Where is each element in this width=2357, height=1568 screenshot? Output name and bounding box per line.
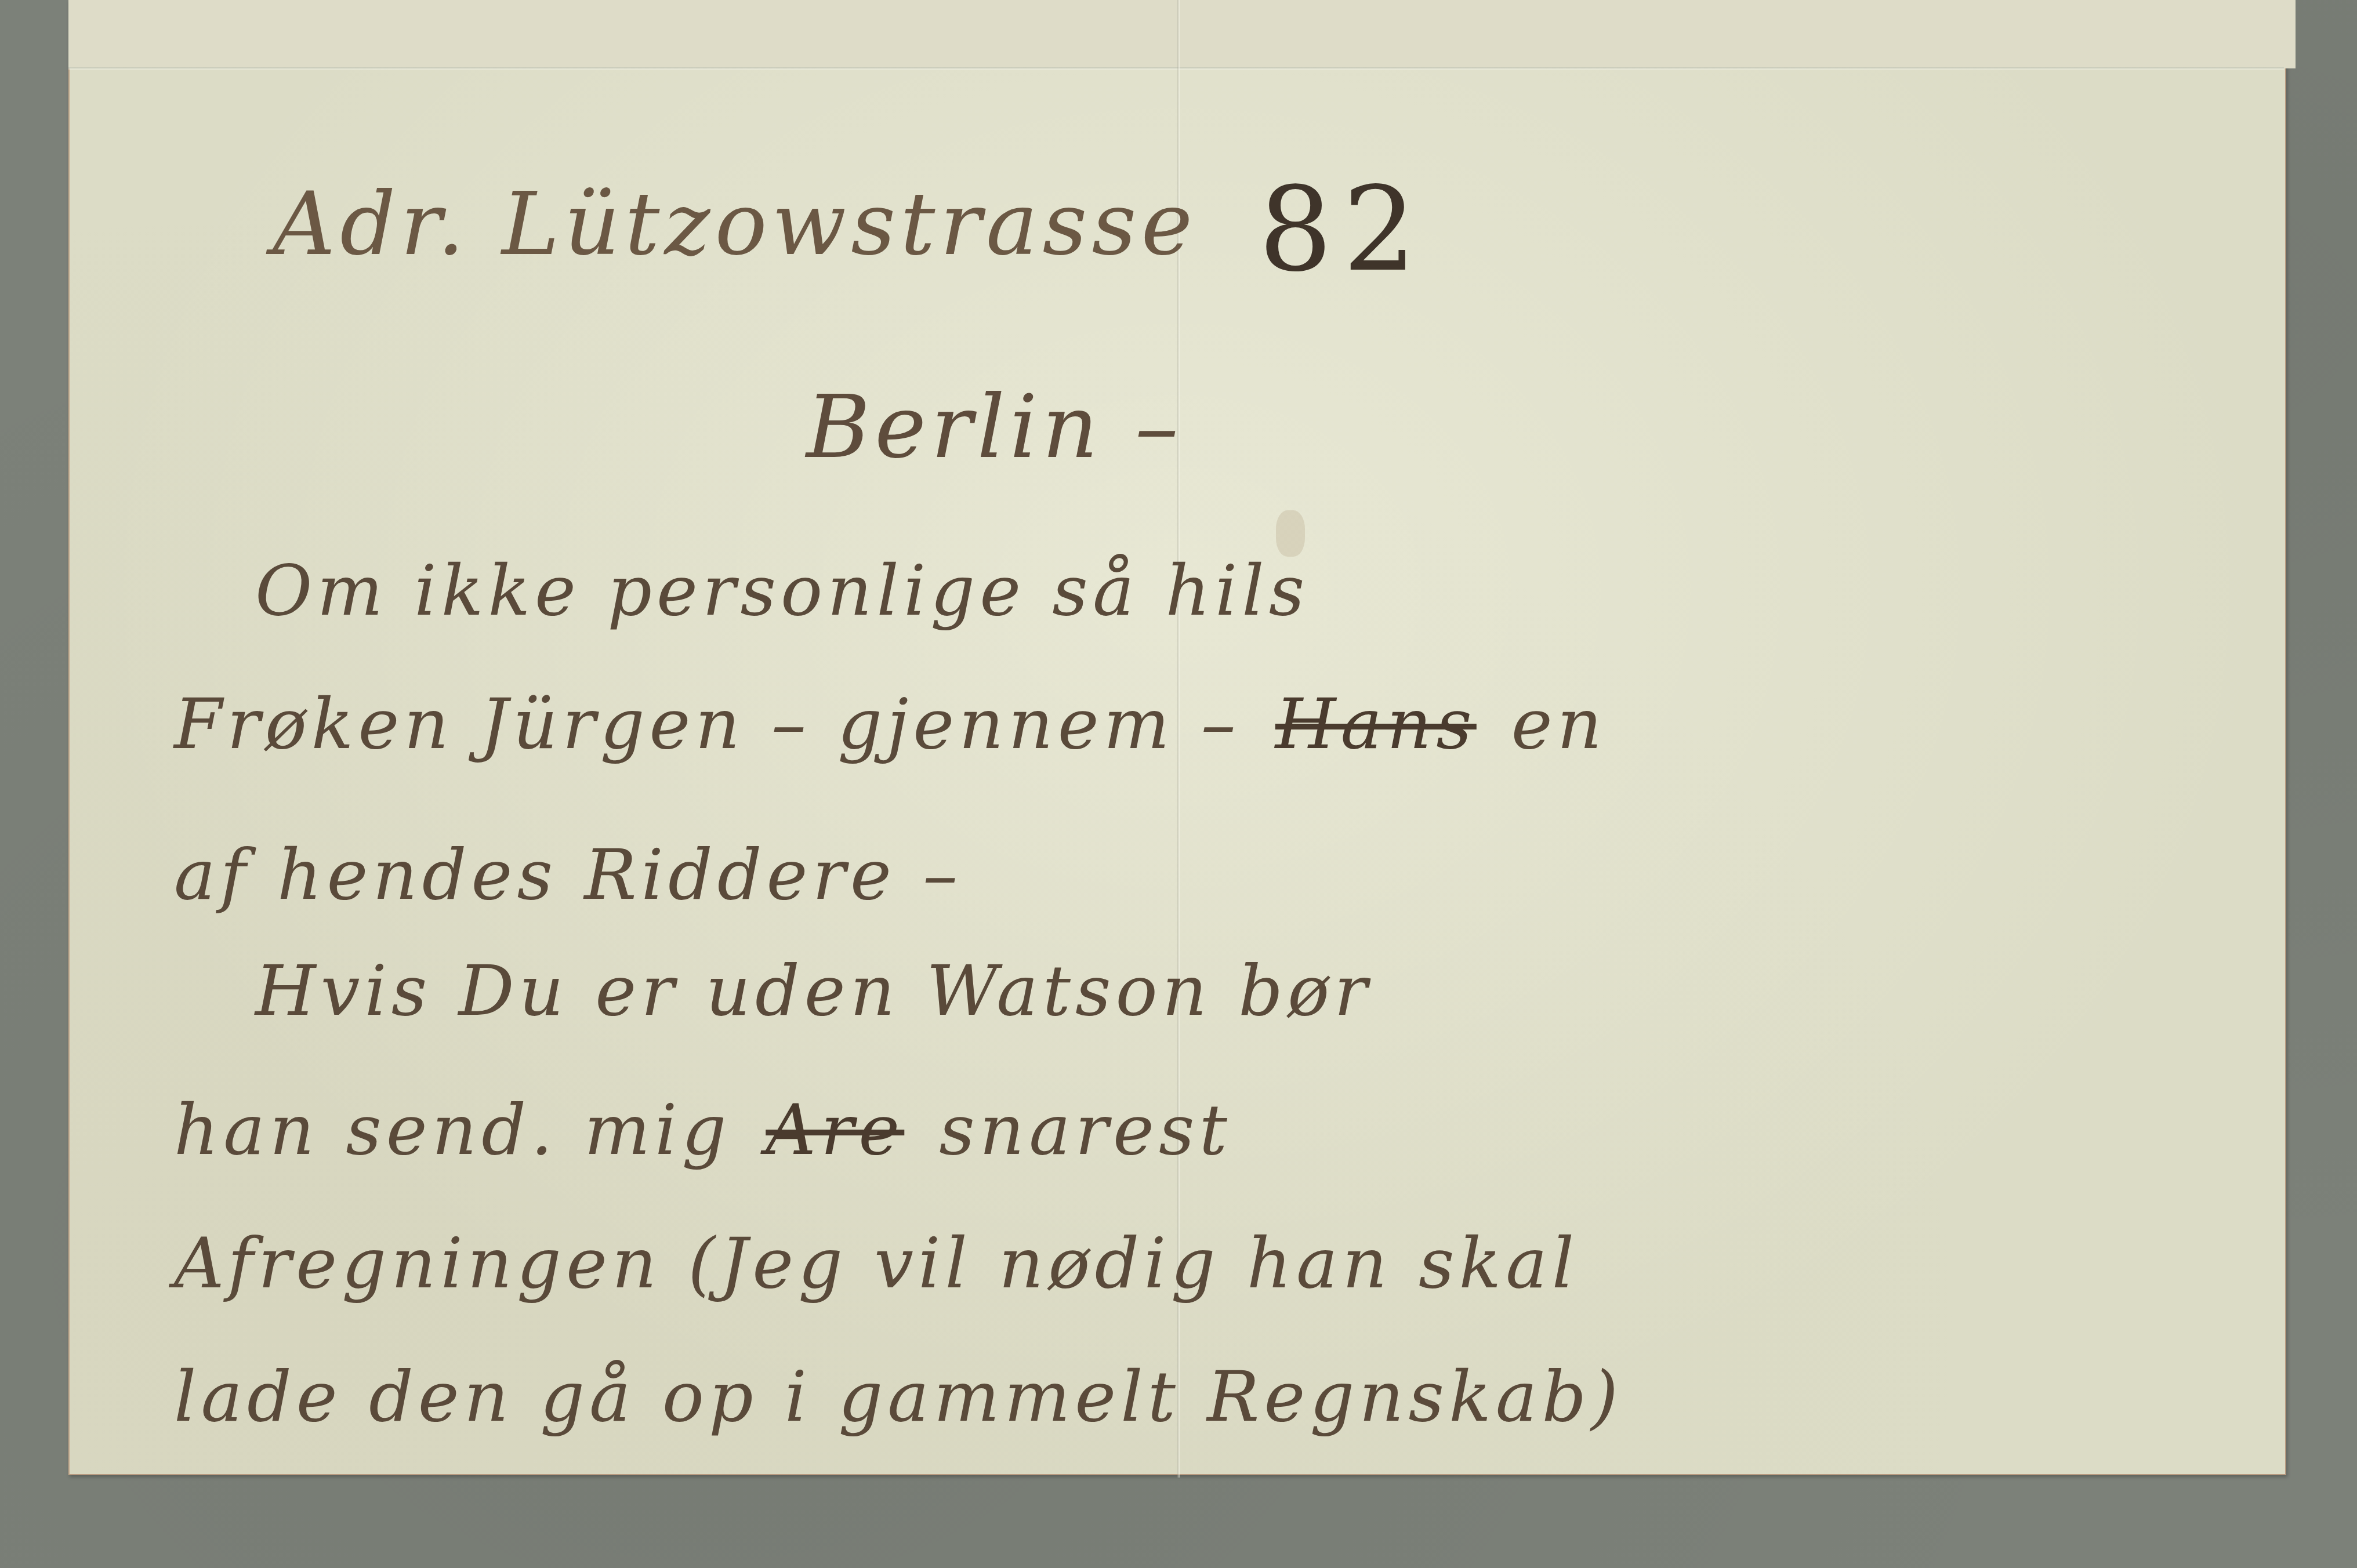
letter-line-2: Frøken Jürgen – gjennem –Hansen: [174, 684, 1607, 765]
address-city: Berlin –: [806, 377, 1183, 478]
line-2-end: en: [1511, 684, 1607, 765]
letter-line-3: af hendes Riddere –: [174, 835, 962, 916]
paper-top-flap: [68, 0, 2296, 68]
line-5-text: han send. mig: [174, 1090, 731, 1171]
address-street: Adr. Lützowstrasse: [273, 174, 1197, 275]
letter-line-4: Hvis Du er uden Watson bør: [255, 951, 1372, 1032]
paper-stain: [1276, 510, 1305, 557]
letter-line-5: han send. migAresnarest: [174, 1090, 1232, 1171]
letter-line-6: Afregningen (Jeg vil nødig han skal: [174, 1224, 1579, 1304]
letter-line-7: lade den gå op i gammelt Regnskab): [174, 1357, 1623, 1438]
struck-word: Are: [766, 1090, 904, 1171]
line-5-end: snarest: [939, 1090, 1232, 1171]
address-number: 82: [1259, 162, 1427, 297]
struck-word: Hans: [1275, 684, 1477, 765]
horizontal-fold-line: [68, 67, 2284, 70]
letter-line-1: Om ikke personlige så hils: [255, 551, 1309, 631]
line-2-text: Frøken Jürgen – gjennem –: [174, 684, 1241, 765]
